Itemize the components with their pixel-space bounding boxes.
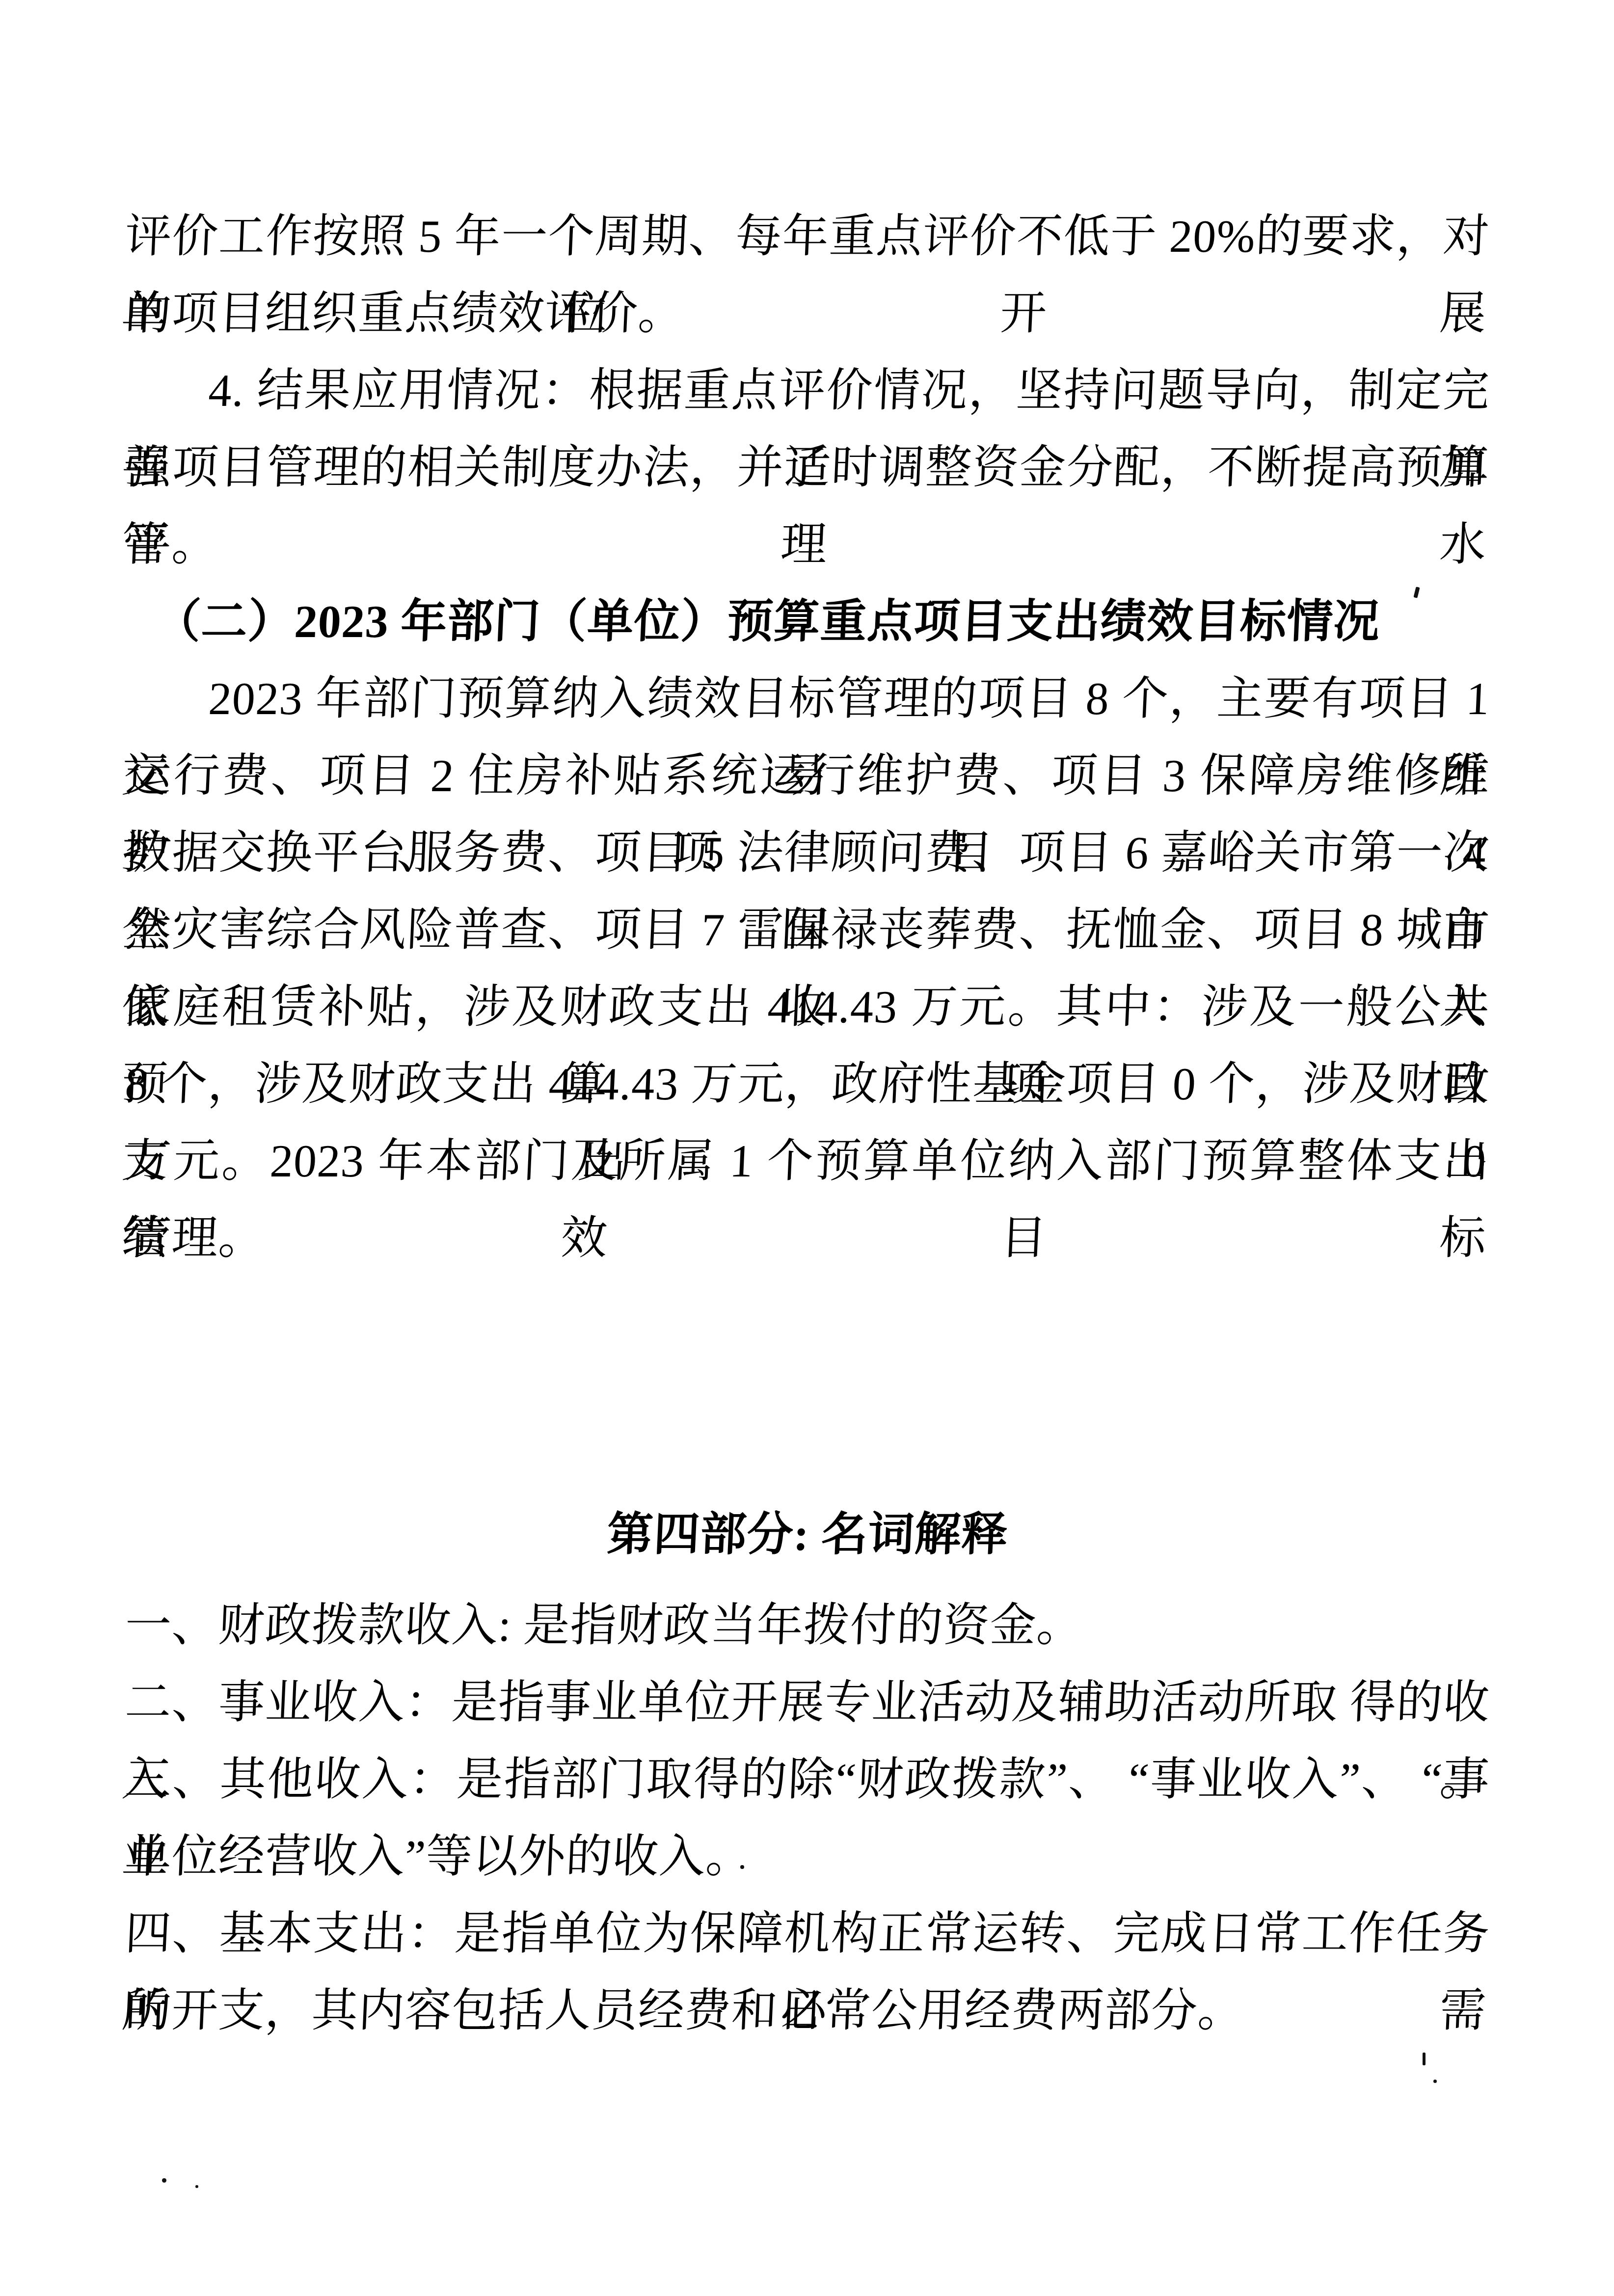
paragraph-line: 强项目管理的相关制度办法，并适时调整资金分配，不断提高预算管理水 (123, 429, 1491, 507)
scan-artifact (740, 1865, 744, 1869)
paragraph-line: 2023 年部门预算纳入绩效目标管理的项目 8 个，主要有项目 1 交易所 (123, 661, 1491, 738)
definition-line: 单位经营收入”等以外的收入。 (123, 1818, 1491, 1896)
scan-artifact (1433, 2080, 1437, 2083)
paragraph-line: 平。 (123, 507, 1491, 584)
document-page: 评价工作按照 5 年一个周期、每年重点评价不低于 20%的要求，对单位开展 的项… (0, 0, 1614, 2296)
paragraph-line: 家庭租赁补贴，涉及财政支出 414.43 万元。其中：涉及一般公共预算项目 (123, 969, 1491, 1046)
paragraph-line: 评价工作按照 5 年一个周期、每年重点评价不低于 20%的要求，对单位开展 (123, 198, 1491, 275)
scan-artifact (162, 2178, 166, 2183)
definition-line: 一、财政拨款收入: 是指财政当年拨付的资金。 (123, 1587, 1491, 1664)
paragraph-line: 管理。 (123, 1200, 1491, 1277)
scan-artifact (195, 2185, 198, 2188)
definition-line: 三、其他收入：是指部门取得的除“财政拨款”、 “事业收入”、 “事业 (123, 1741, 1491, 1818)
scan-artifact (1423, 2053, 1426, 2065)
definition-line: 四、基本支出：是指单位为保障机构正常运转、完成日常工作任务所必需 (123, 1896, 1491, 1973)
paragraph-line: 运行费、项目 2 住房补贴系统运行维护费、项目 3 保障房维修维护、项目 4 (123, 738, 1491, 815)
paragraph-line: 的项目组织重点绩效评价。 (123, 275, 1491, 352)
document-body: 评价工作按照 5 年一个周期、每年重点评价不低于 20%的要求，对单位开展 的项… (125, 198, 1490, 2050)
paragraph-line: 然灾害综合风险普查、项目 7 雷保禄丧葬费、抚恤金、项目 8 城市低收入 (123, 892, 1491, 969)
definition-line: 二、事业收入：是指事业单位开展专业活动及辅助活动所取 得的收入。 (123, 1664, 1491, 1741)
paragraph-line: 万元。2023 年本部门及所属 1 个预算单位纳入部门预算整体支出绩效目标 (123, 1123, 1491, 1200)
section-2-heading: （二）2023 年部门（单位）预算重点项目支出绩效目标情况 (123, 584, 1491, 661)
paragraph-line: 数据交换平台服务费、项目 5 法律顾问费、项目 6 嘉峪关市第一次全国自 (123, 815, 1491, 892)
part4-heading: 第四部分: 名词解释 (123, 1496, 1491, 1574)
definition-line: 的开支，其内容包括人员经费和日常公用经费两部分。 (123, 1973, 1491, 2050)
paragraph-line: 4. 结果应用情况：根据重点评价情况，坚持问题导向，制定完善了加 (123, 352, 1491, 429)
paragraph-line: 8 个，涉及财政支出 414.43 万元，政府性基金项目 0 个，涉及财政支出 … (123, 1046, 1491, 1123)
